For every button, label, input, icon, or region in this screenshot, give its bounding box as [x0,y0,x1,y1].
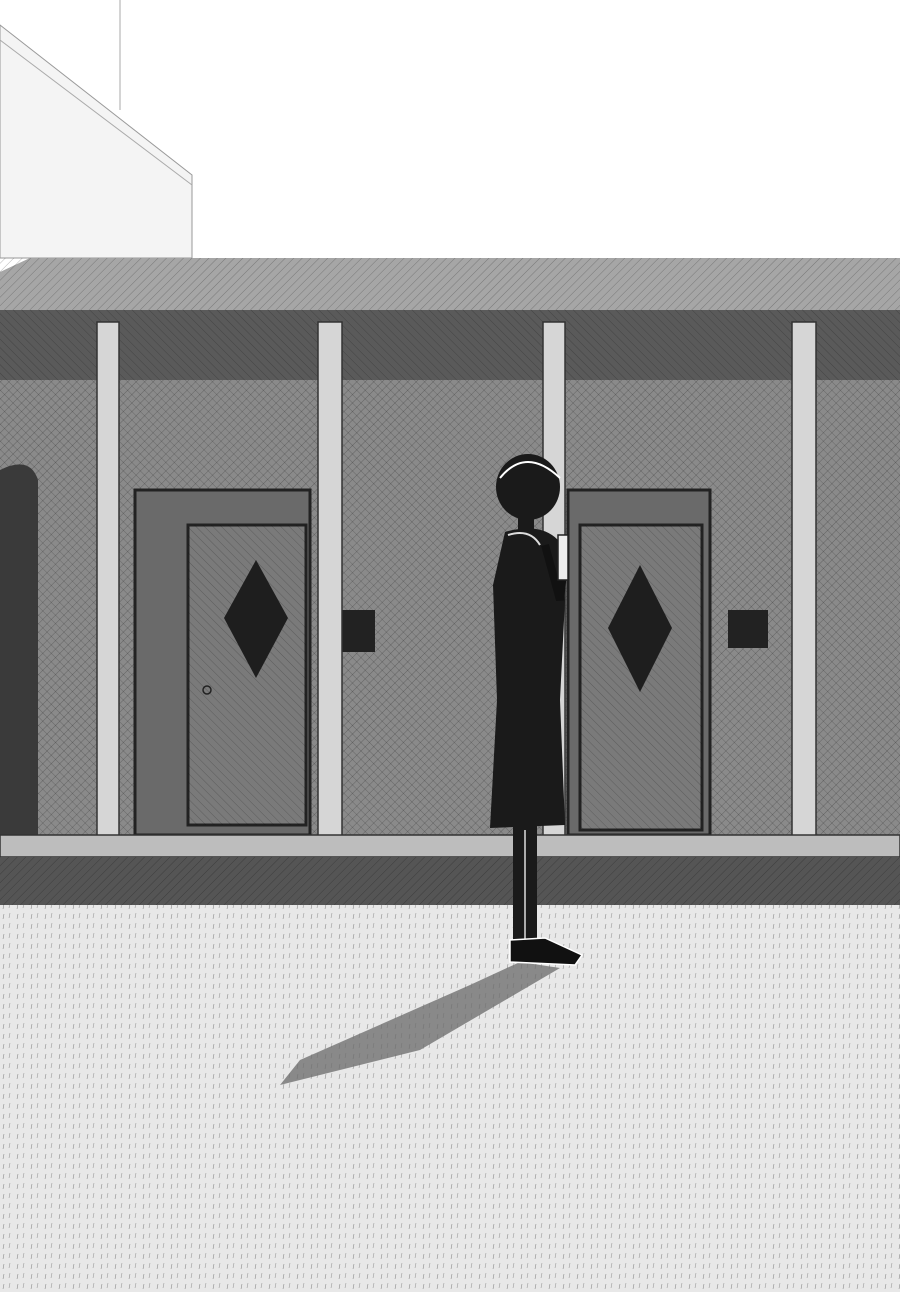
porch-floor [0,835,900,857]
left-archway [0,464,38,840]
right-doorway [568,490,710,835]
right-wall-plate [728,610,768,648]
girl-head [496,454,560,520]
girl-hand-object [558,535,568,580]
left-doorway [135,490,310,835]
left-wall-plate [340,610,375,652]
illustration [0,0,900,1292]
building-roof [0,258,900,380]
